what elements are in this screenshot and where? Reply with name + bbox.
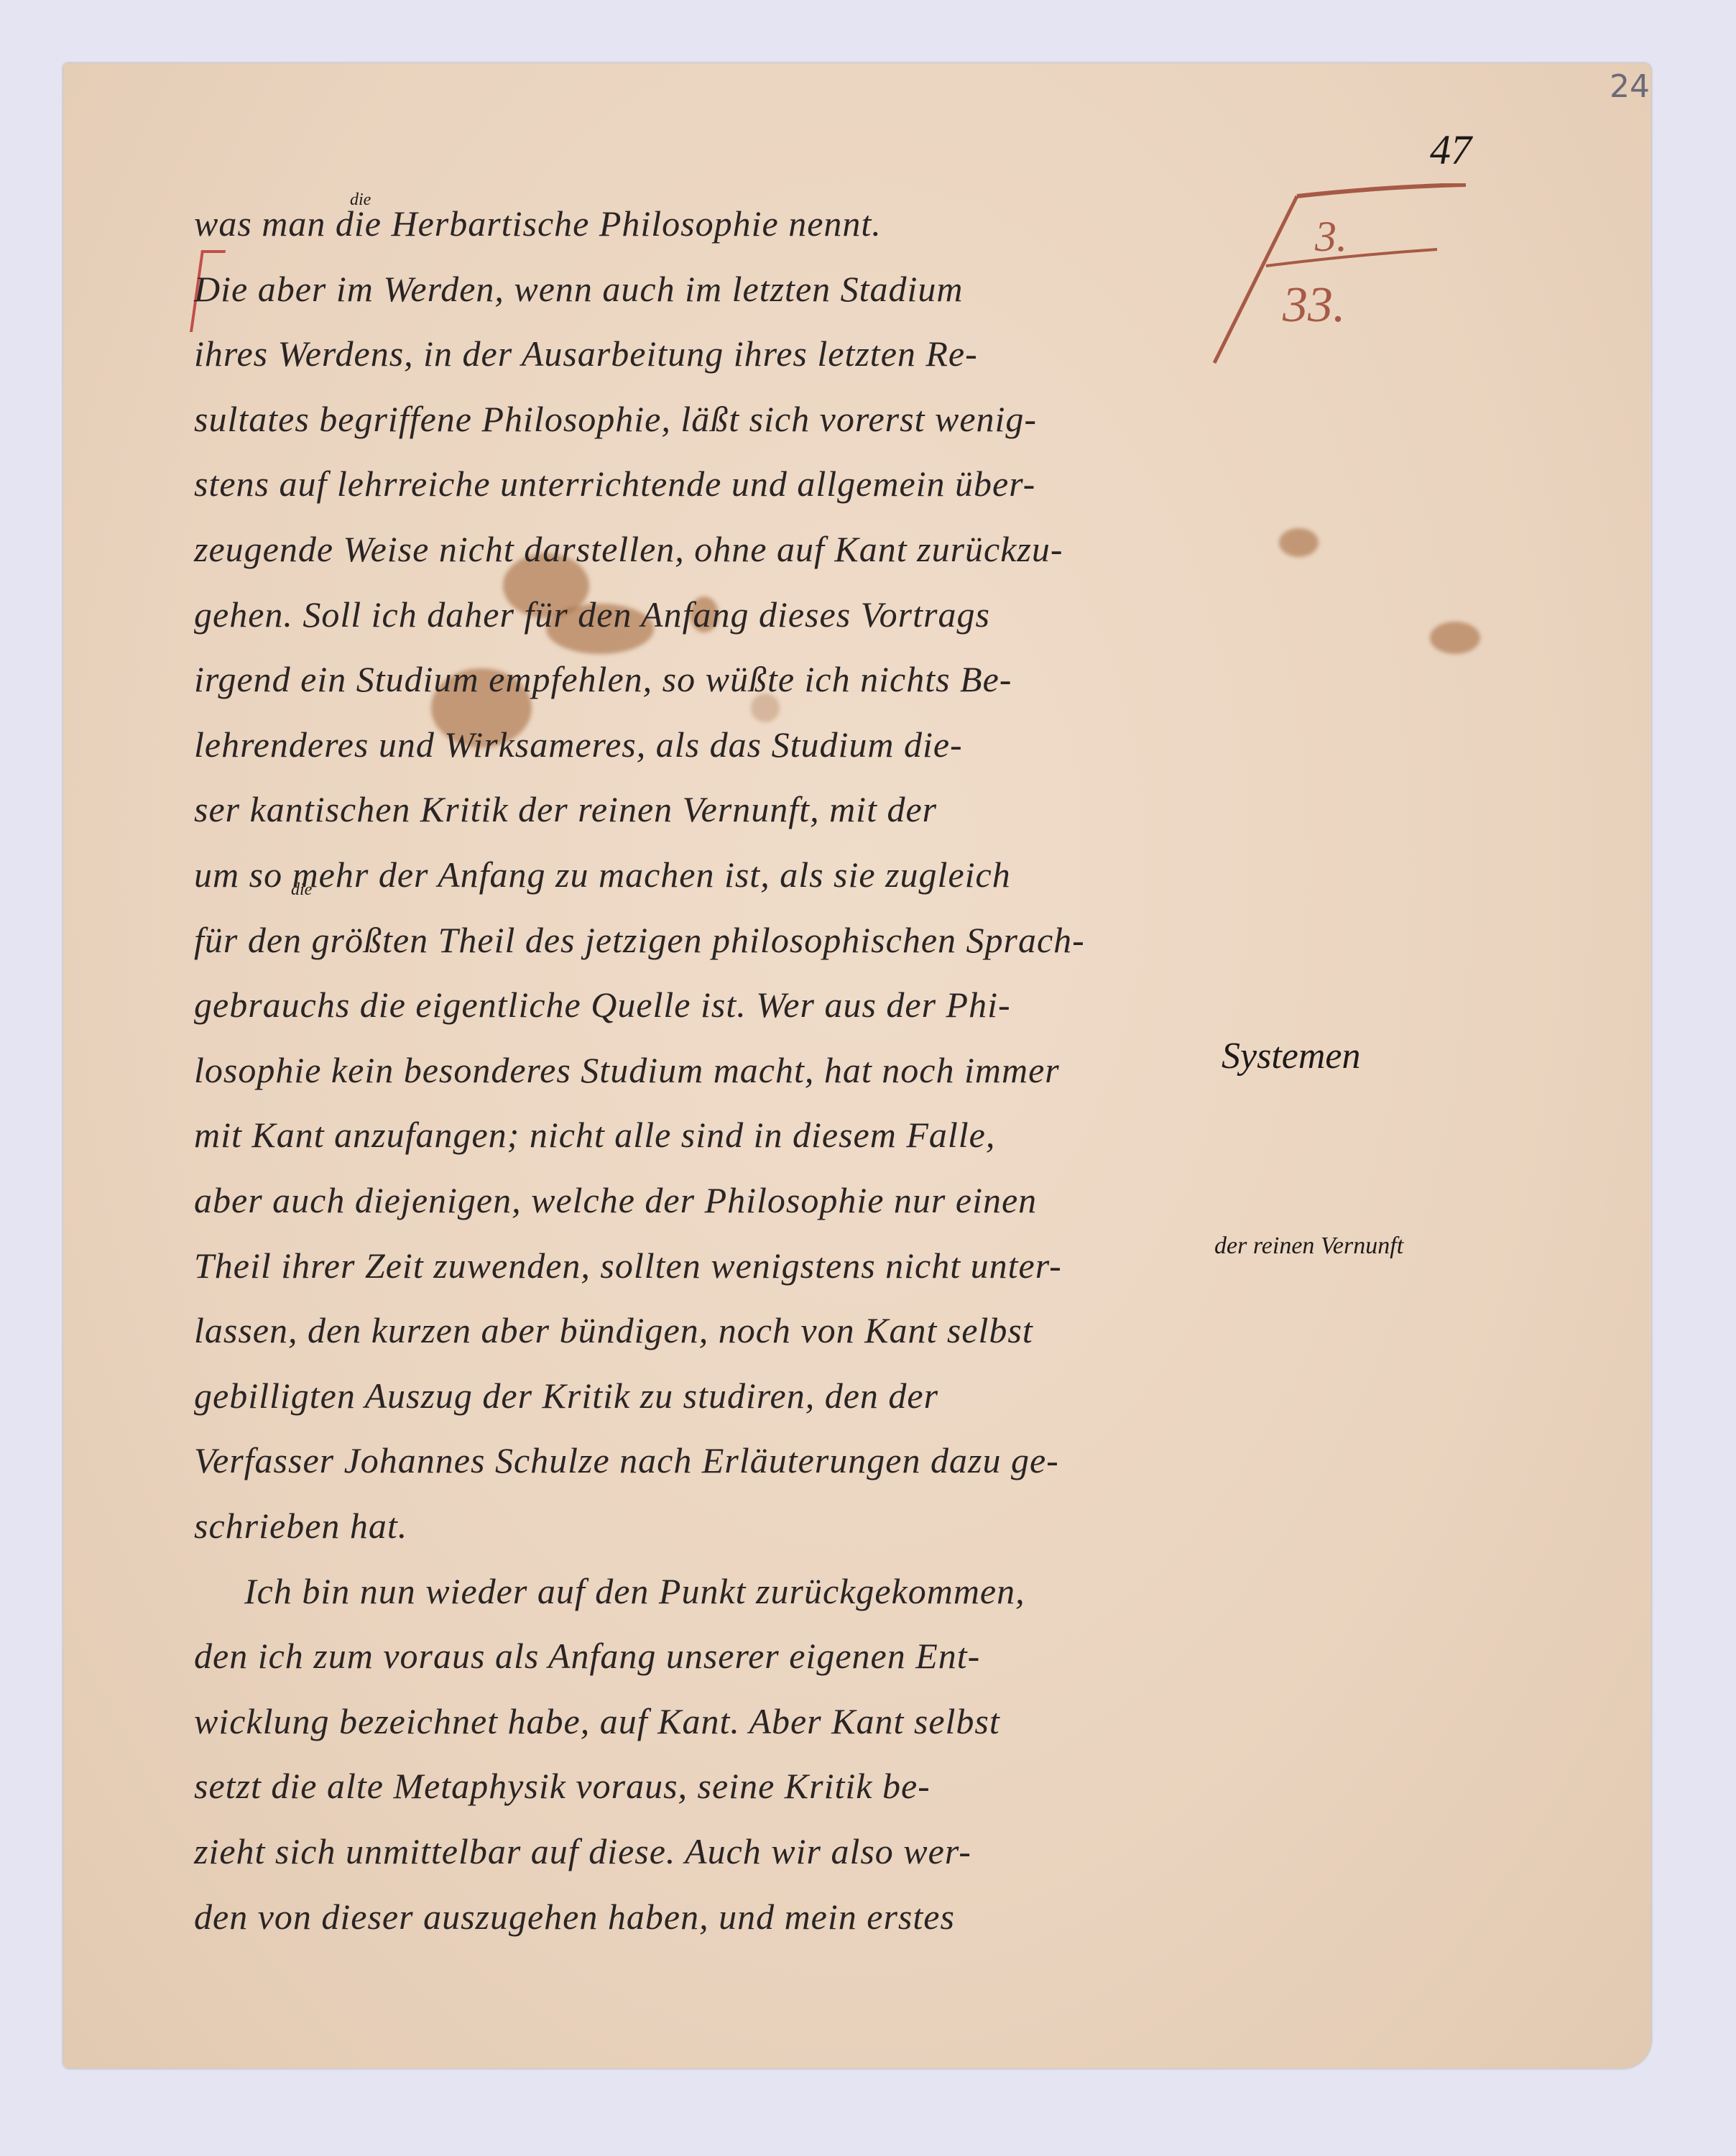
text-line: für den größten Theil des jetzigen philo… bbox=[194, 919, 1085, 961]
text-line: den ich zum voraus als Anfang unserer ei… bbox=[194, 1635, 980, 1677]
text-line: gebilligten Auszug der Kritik zu studire… bbox=[194, 1375, 938, 1416]
red-crayon-annotation: 3. 33. bbox=[1207, 183, 1466, 370]
text-line: Die aber im Werden, wenn auch im letzten… bbox=[194, 268, 964, 310]
text-line: um so mehr der Anfang zu machen ist, als… bbox=[194, 854, 1011, 895]
text-line: gebrauchs die eigentliche Quelle ist. We… bbox=[194, 984, 1011, 1026]
text-line: aber auch diejenigen, welche der Philoso… bbox=[194, 1179, 1037, 1221]
text-line: ihres Werdens, in der Ausarbeitung ihres… bbox=[194, 333, 978, 374]
text-line: gehen. Soll ich daher für den Anfang die… bbox=[194, 594, 990, 635]
text-line: Verfasser Johannes Schulze nach Erläuter… bbox=[194, 1439, 1059, 1481]
folio-number: 47 bbox=[1430, 126, 1472, 174]
red-annotation-bottom: 33. bbox=[1283, 277, 1346, 334]
text-line: zieht sich unmittelbar auf diese. Auch w… bbox=[194, 1830, 971, 1872]
text-line: den von dieser auszugehen haben, und mei… bbox=[194, 1896, 955, 1938]
stain bbox=[1430, 622, 1480, 654]
text-line: lehrenderes und Wirksameres, als das Stu… bbox=[194, 724, 963, 765]
text-line: lassen, den kurzen aber bündigen, noch v… bbox=[194, 1309, 1033, 1351]
text-line: schrieben hat. bbox=[194, 1505, 407, 1547]
text-line: losophie kein besonderes Studium macht, … bbox=[194, 1049, 1060, 1091]
stain bbox=[1279, 528, 1319, 557]
text-line: setzt die alte Metaphysik voraus, seine … bbox=[194, 1765, 931, 1807]
text-line: mit Kant anzufangen; nicht alle sind in … bbox=[194, 1114, 995, 1156]
text-line: sultates begriffene Philosophie, läßt si… bbox=[194, 398, 1037, 440]
text-line: irgend ein Studium empfehlen, so wüßte i… bbox=[194, 658, 1012, 700]
text-line: Ich bin nun wieder auf den Punkt zurückg… bbox=[244, 1570, 1025, 1612]
text-line: was man die Herbartische Philosophie nen… bbox=[194, 203, 882, 244]
text-line: ser kantischen Kritik der reinen Vernunf… bbox=[194, 788, 937, 830]
margin-note-systemen: Systemen bbox=[1222, 1035, 1360, 1077]
text-line: wicklung bezeichnet habe, auf Kant. Aber… bbox=[194, 1700, 1000, 1742]
margin-note-reinen-vernunft: der reinen Vernunft bbox=[1214, 1233, 1403, 1260]
red-annotation-top: 3. bbox=[1315, 212, 1347, 262]
text-line: Theil ihrer Zeit zuwenden, sollten wenig… bbox=[194, 1245, 1062, 1286]
text-line: stens auf lehrreiche unterrichtende und … bbox=[194, 463, 1035, 505]
text-line: zeugende Weise nicht darstellen, ohne au… bbox=[194, 528, 1063, 570]
archive-page-number: 24 bbox=[1610, 68, 1650, 105]
